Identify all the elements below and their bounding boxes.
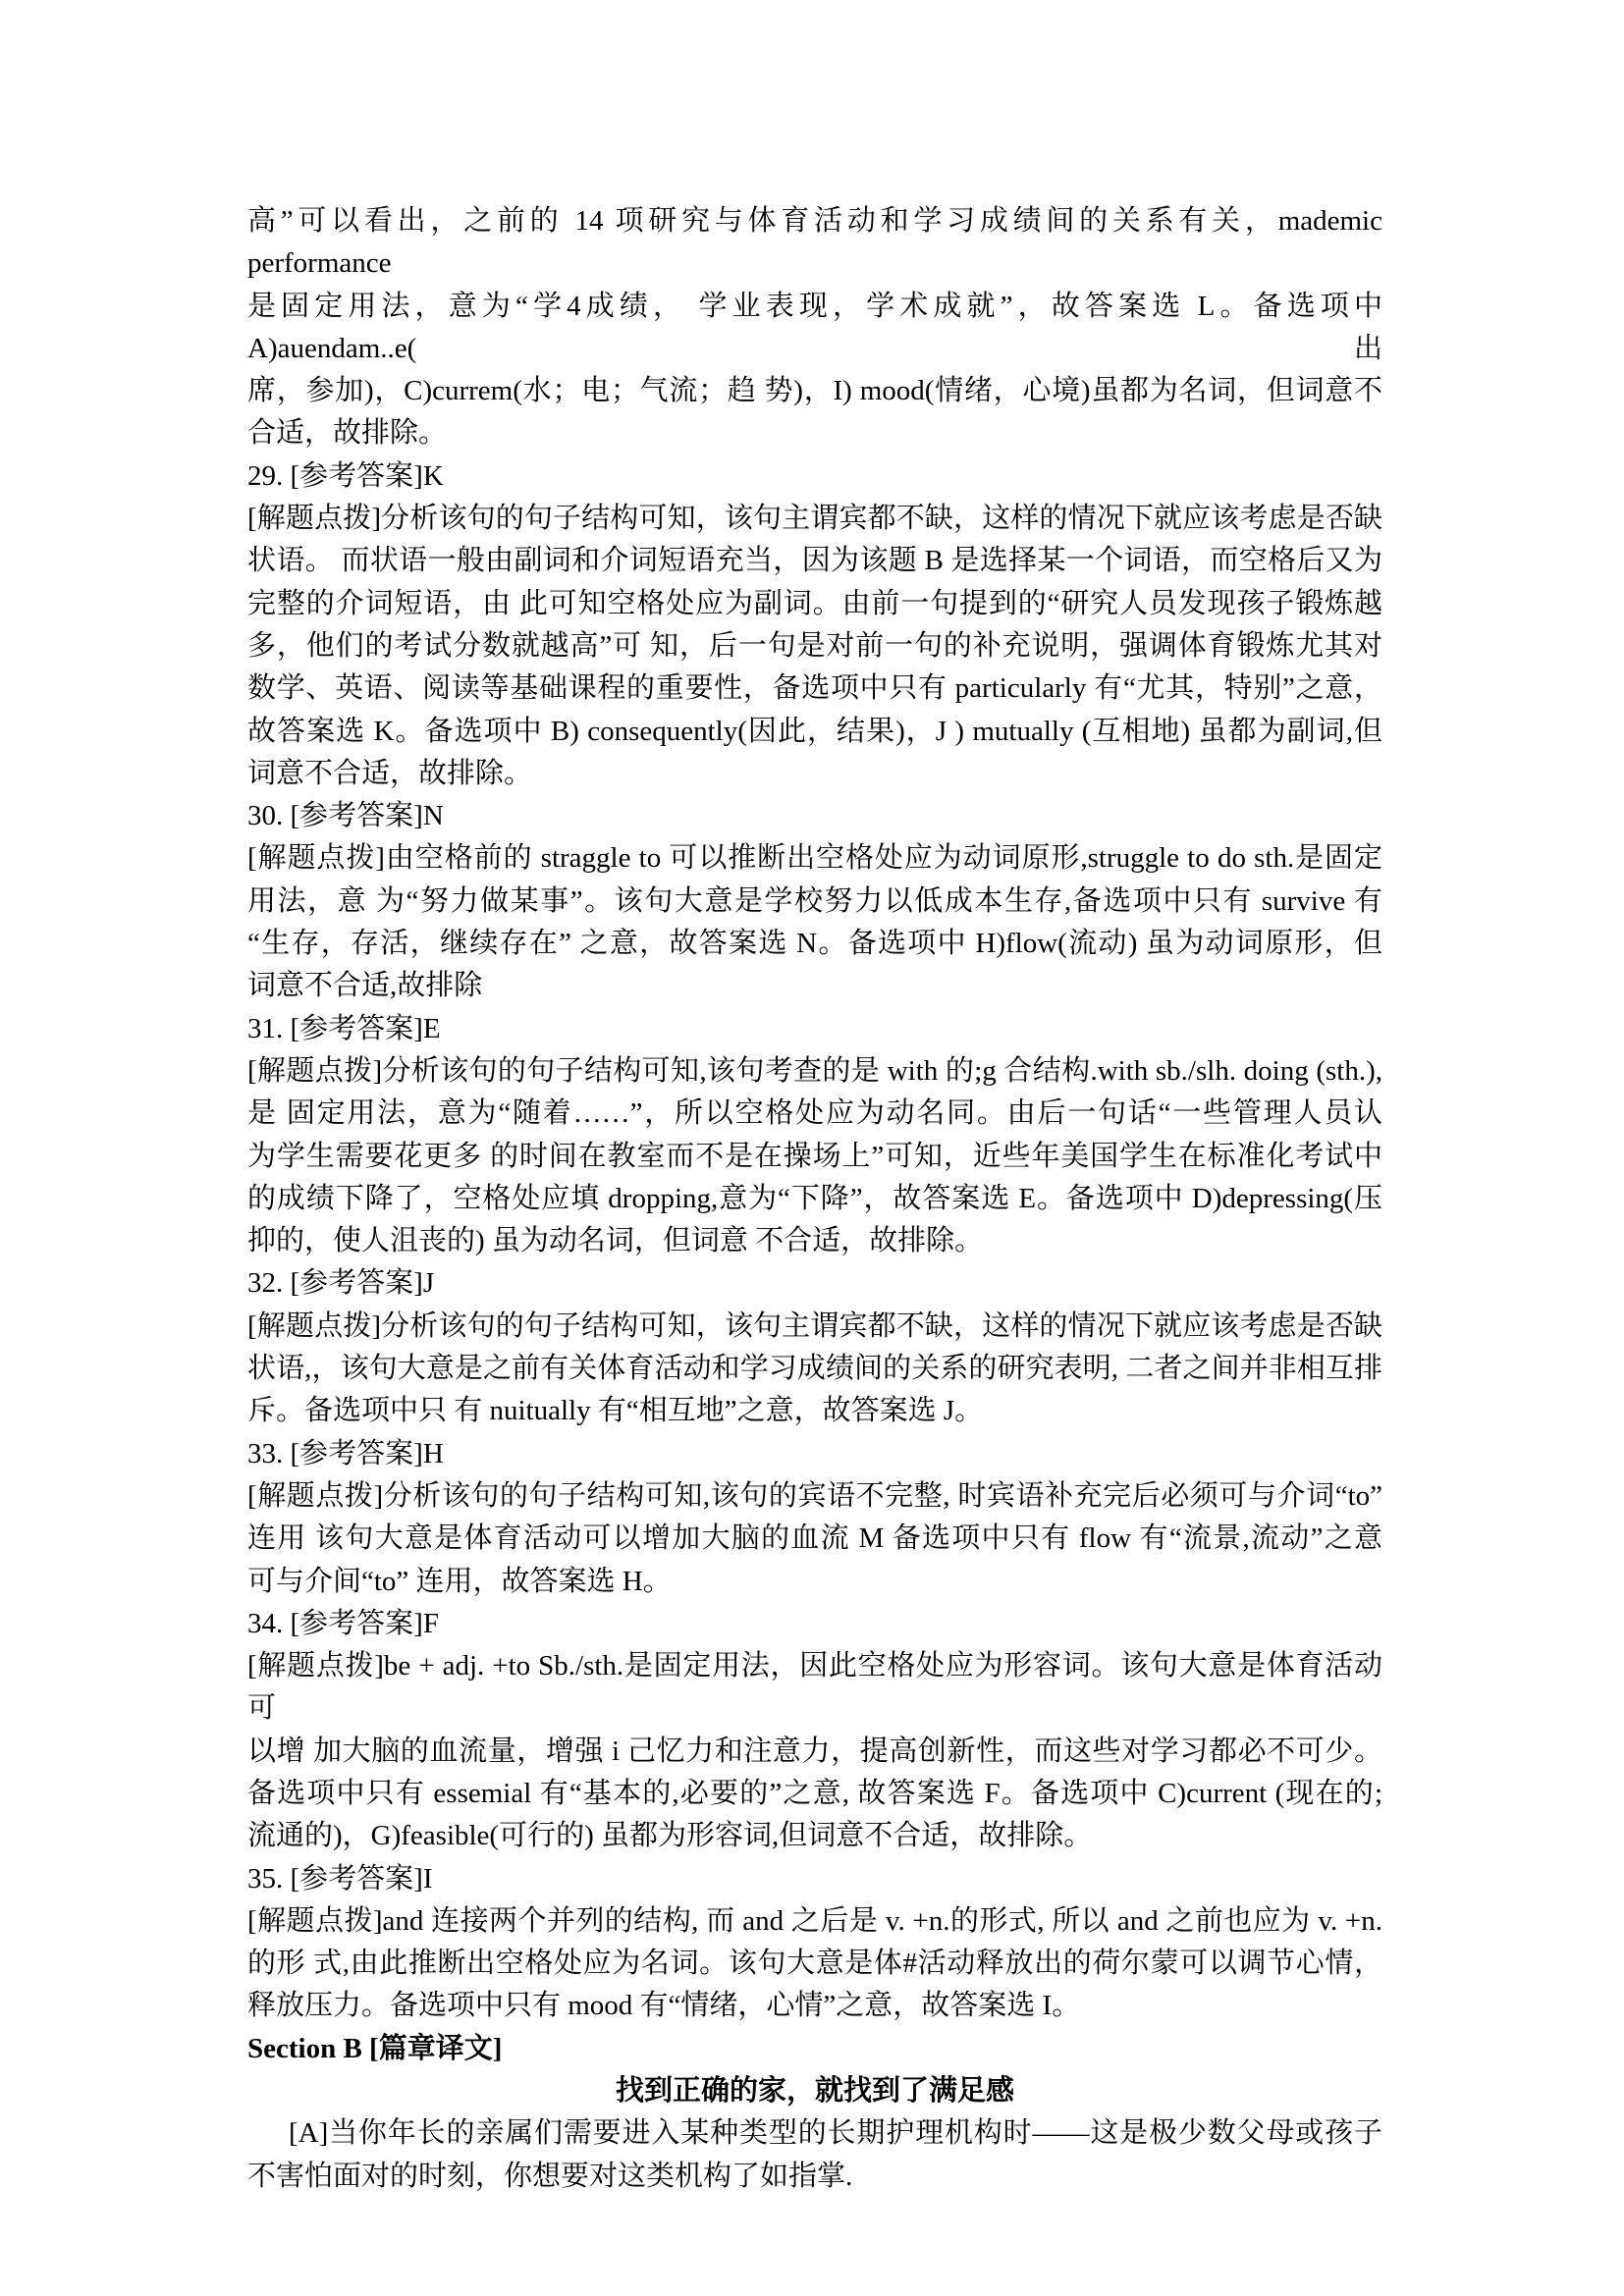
text-line: 数学、英语、阅读等基础课程的重要性，备选项中只有 particularly 有“… — [247, 667, 1382, 710]
text-line: 斥。备选项中只 有 nuitually 有“相互地”之意，故答案选 J。 — [247, 1390, 1382, 1432]
text-line: 29. [参考答案]K — [247, 455, 1382, 498]
text-line: 以增 加大脑的血流量，增强 i 己忆力和注意力，提高创新性，而这些对学习都必不可… — [247, 1731, 1382, 1773]
text-line: 抑的，使人沮丧的) 虽为动名词，但词意 不合适，故排除。 — [247, 1220, 1382, 1262]
text-line: 30. [参考答案]N — [247, 795, 1382, 837]
text-line: 的成绩下降了，空格处应填 dropping,意为“下降”，故答案选 E。备选项中… — [247, 1178, 1382, 1220]
text-line: 32. [参考答案]J — [247, 1262, 1382, 1305]
text-line: 的形 式,由此推断出空格处应为名词。该句大意是体#活动释放出的荷尔蒙可以调节心情… — [247, 1943, 1382, 1985]
text-line: 词意不合适，故排除。 — [247, 753, 1382, 795]
text-line: 可与介间“to” 连用，故答案选 H。 — [247, 1561, 1382, 1603]
text-line: [解题点拨]be + adj. +to Sb./sth.是固定用法，因此空格处应… — [247, 1645, 1382, 1731]
text-line: 状语。 而状语一般由副词和介词短语充当，因为该题 B 是选择某一个词语，而空格后… — [247, 540, 1382, 582]
text-line: 是固定用法，意为“学4成绩， 学业表现，学术成就”，故答案选 L。备选项中 A)… — [247, 286, 1382, 371]
text-line: [A]当你年长的亲属们需要进入某种类型的长期护理机构时——这是极少数父母或孩子 — [247, 2112, 1382, 2155]
text-line: 流通的)，G)feasible(可行的) 虽都为形容词,但词意不合适，故排除。 — [247, 1815, 1382, 1857]
text-line: 33. [参考答案]H — [247, 1433, 1382, 1475]
text-line: [解题点拨]由空格前的 straggle to 可以推断出空格处应为动词原形,s… — [247, 837, 1382, 880]
text-line: [解题点拨]分析该句的句子结构可知,该句考查的是 with 的;g 合结构.wi… — [247, 1050, 1382, 1093]
text-line: 不害怕面对的时刻，你想要对这类机构了如指掌. — [247, 2156, 1382, 2198]
text-line: 是 固定用法，意为“随着……”，所以空格处应为动名同。由后一句话“一些管理人员认 — [247, 1093, 1382, 1135]
document-body: 高”可以看出，之前的 14 项研究与体育活动和学习成绩间的关系有关，mademi… — [247, 200, 1382, 2198]
text-line: “生存，存活，继续存在” 之意，故答案选 N。备选项中 H)flow(流动) 虽… — [247, 923, 1382, 965]
text-line: 状语,，该句大意是之前有关体育活动和学习成绩间的关系的研究表明, 二者之间并非相… — [247, 1348, 1382, 1390]
text-line: 合适，故排除。 — [247, 412, 1382, 454]
text-line: 找到正确的家，就找到了满足感 — [247, 2070, 1382, 2112]
text-line: 34. [参考答案]F — [247, 1603, 1382, 1645]
text-line: 备选项中只有 essemial 有“基本的,必要的”之意, 故答案选 F。备选项… — [247, 1773, 1382, 1815]
text-line: Section B [篇章译文] — [247, 2028, 1382, 2070]
text-line: 35. [参考答案]I — [247, 1858, 1382, 1900]
text-line: 词意不合适,故排除 — [247, 965, 1382, 1007]
text-line: 故答案选 K。备选项中 B) consequently(因此，结果)，J ) m… — [247, 711, 1382, 753]
text-line: 完整的介词短语，由 此可知空格处应为副词。由前一句提到的“研究人员发现孩子锻炼越 — [247, 583, 1382, 625]
document-page: 高”可以看出，之前的 14 项研究与体育活动和学习成绩间的关系有关，mademi… — [0, 0, 1624, 2296]
text-line: 为学生需要花更多 的时间在教室而不是在操场上”可知，近些年美国学生在标准化考试中 — [247, 1136, 1382, 1178]
text-line: 席，参加)，C)currem(水；电；气流；趋 势)，I) mood(情绪，心境… — [247, 370, 1382, 412]
text-line: 多，他们的考试分数就越高”可 知，后一句是对前一句的补充说明，强调体育锻炼尤其对 — [247, 625, 1382, 667]
text-line: 连用 该句大意是体育活动可以增加大脑的血流 M 备选项中只有 flow 有“流景… — [247, 1518, 1382, 1560]
text-line: [解题点拨]分析该句的句子结构可知，该句主谓宾都不缺，这样的情况下就应该考虑是否… — [247, 498, 1382, 540]
text-line: [解题点拨]分析该句的句子结构可知,该句的宾语不完整, 时宾语补充完后必须可与介… — [247, 1475, 1382, 1518]
text-line: [解题点拨]分析该句的句子结构可知，该句主谓宾都不缺，这样的情况下就应该考虑是否… — [247, 1306, 1382, 1348]
text-line: 用法，意 为“努力做某事”。该句大意是学校努力以低成本生存,备选项中只有 sur… — [247, 881, 1382, 923]
text-line: 31. [参考答案]E — [247, 1008, 1382, 1050]
text-line: 高”可以看出，之前的 14 项研究与体育活动和学习成绩间的关系有关，mademi… — [247, 200, 1382, 286]
text-line: 释放压力。备选项中只有 mood 有“情绪，心情”之意，故答案选 I。 — [247, 1985, 1382, 2027]
text-line: [解题点拨]and 连接两个并列的结构, 而 and 之后是 v. +n.的形式… — [247, 1900, 1382, 1943]
